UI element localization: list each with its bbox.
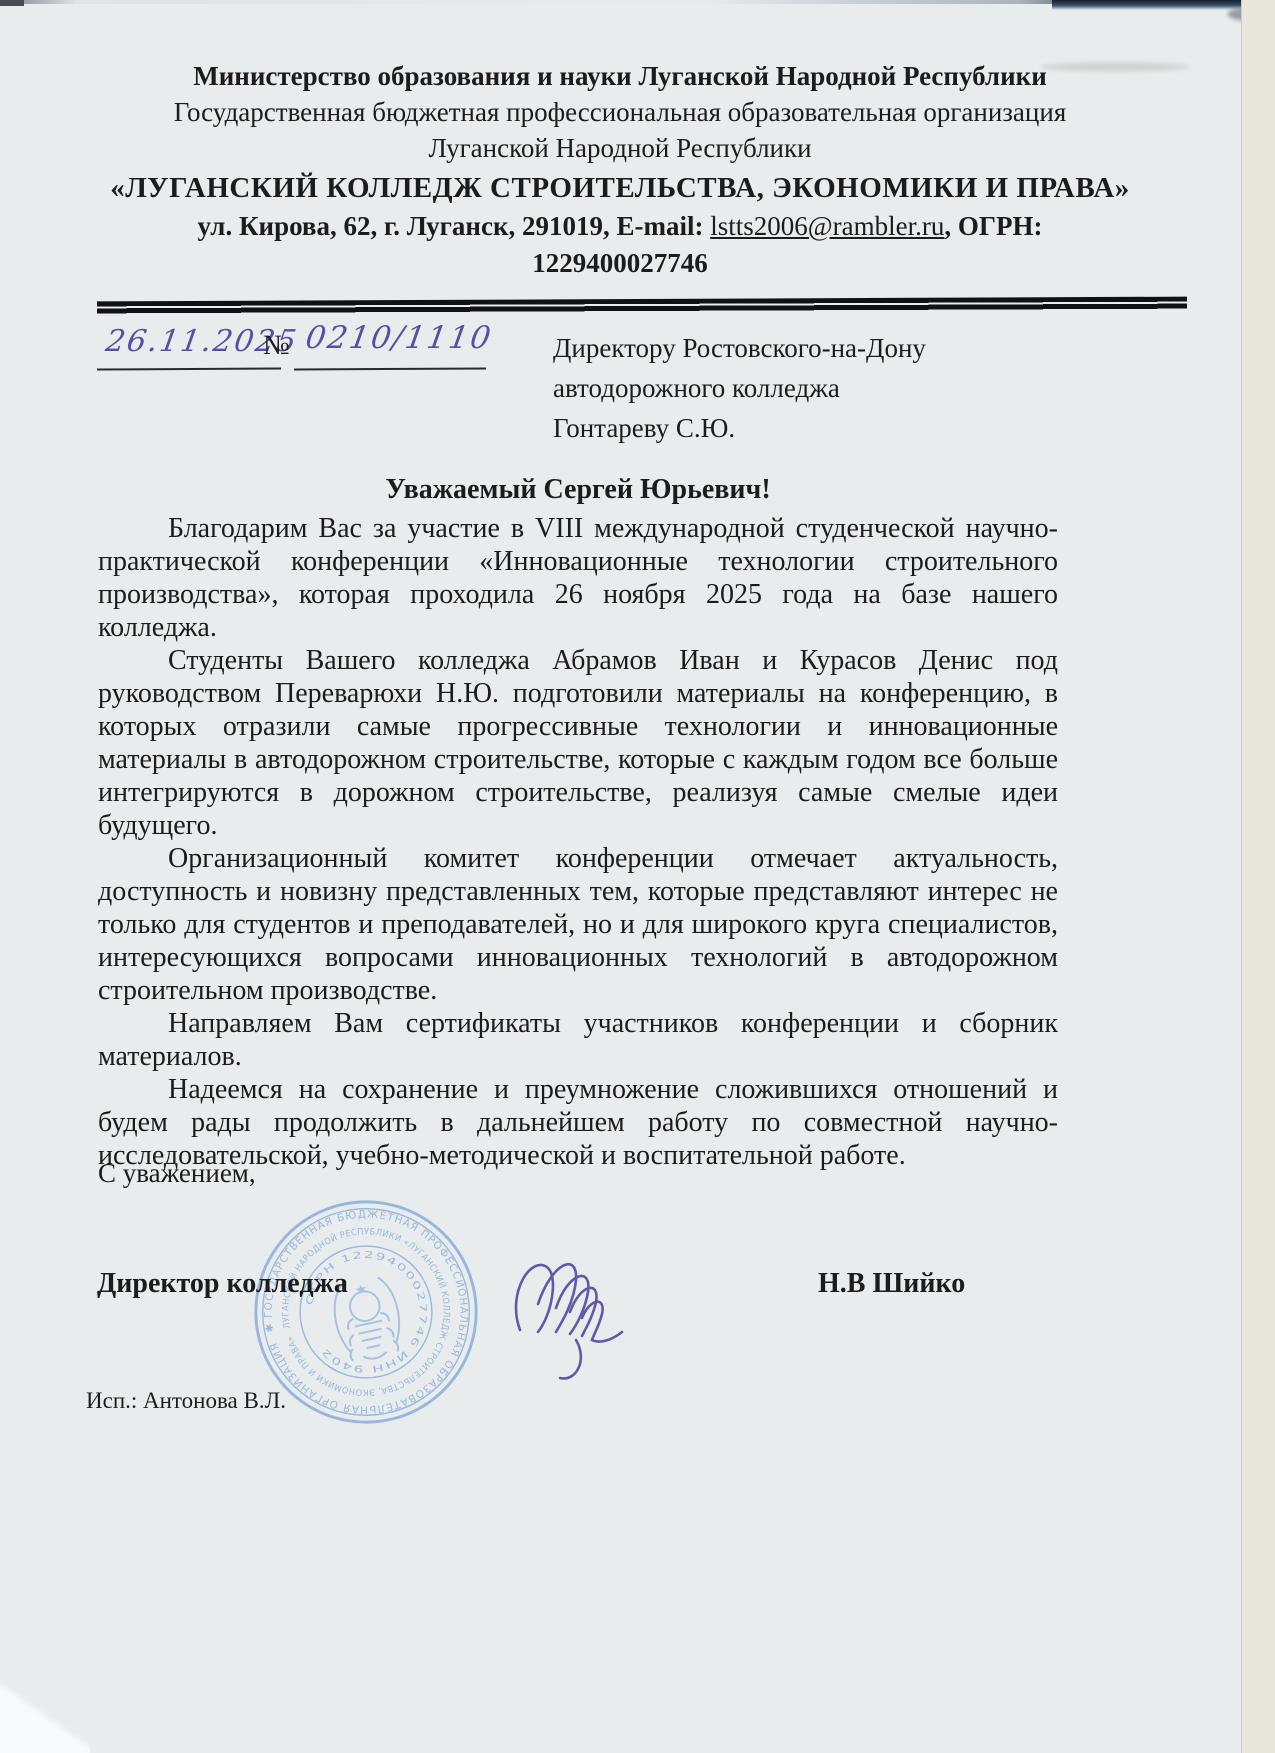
addressee-line-1: Директору Ростовского-на-Дону — [553, 328, 926, 368]
paragraph-certificates: Направляем Вам сертификаты участников ко… — [98, 1007, 1058, 1073]
addressee-line-2: автодорожного колледжа — [553, 368, 926, 408]
email-address: lstts2006@rambler.ru — [710, 211, 944, 241]
letterhead-divider-rule — [97, 297, 1187, 316]
address-line: ул. Кирова, 62, г. Луганск, 291019, E-ma… — [95, 208, 1145, 245]
college-name: «ЛУГАНСКИЙ КОЛЛЕДЖ СТРОИТЕЛЬСТВА, ЭКОНОМ… — [95, 168, 1145, 208]
salutation: Уважаемый Сергей Юрьевич! — [98, 474, 1058, 506]
signer-name: Н.В Шийко — [818, 1268, 965, 1300]
executor-line: Исп.: Антонова В.Л. — [86, 1388, 286, 1414]
scanned-letter-page: Министерство образования и науки Луганск… — [0, 0, 1275, 1753]
addressee-line-3: Гонтареву С.Ю. — [553, 408, 926, 448]
paragraph-thanks: Благодарим Вас за участие в VIII междуна… — [98, 512, 1058, 644]
org-name-line-1: Государственная бюджетная профессиональн… — [95, 94, 1145, 130]
address-prefix: ул. Кирова, 62, г. Луганск, 291019, E-ma… — [197, 211, 710, 241]
scan-corner-mark — [0, 0, 24, 6]
address-suffix: , ОГРН: — [944, 211, 1042, 241]
signer-position: Директор колледжа — [97, 1268, 348, 1300]
paragraph-committee: Организационный комитет конференции отме… — [98, 842, 1058, 1007]
director-signature — [512, 1246, 664, 1386]
ogrn-number: 1229400027746 — [95, 245, 1145, 281]
svg-text:ОГРН 1229400027746 ИНН 9402: ОГРН 1229400027746 ИНН 9402 — [296, 1238, 440, 1385]
addressee-block: Директору Ростовского-на-Дону автодорожн… — [553, 328, 926, 448]
letterhead: Министерство образования и науки Луганск… — [95, 58, 1145, 281]
scanner-background-strip — [1241, 0, 1275, 1753]
number-underline — [294, 367, 486, 370]
org-name-line-2: Луганской Народной Республики — [95, 130, 1145, 166]
paper-corner-highlight — [0, 1653, 90, 1753]
letter-body: Благодарим Вас за участие в VIII междуна… — [98, 512, 1058, 1172]
paragraph-students: Студенты Вашего колледжа Абрамов Иван и … — [98, 644, 1058, 842]
handwritten-outgoing-number: 0210/1110 — [303, 320, 495, 356]
date-underline — [97, 368, 281, 371]
closing-phrase: С уважением, — [98, 1158, 256, 1189]
number-sign: № — [263, 330, 290, 362]
ministry-line: Министерство образования и науки Луганск… — [95, 58, 1145, 94]
stamp-ring-inner-text: ОГРН 1229400027746 ИНН 9402 — [296, 1238, 440, 1385]
